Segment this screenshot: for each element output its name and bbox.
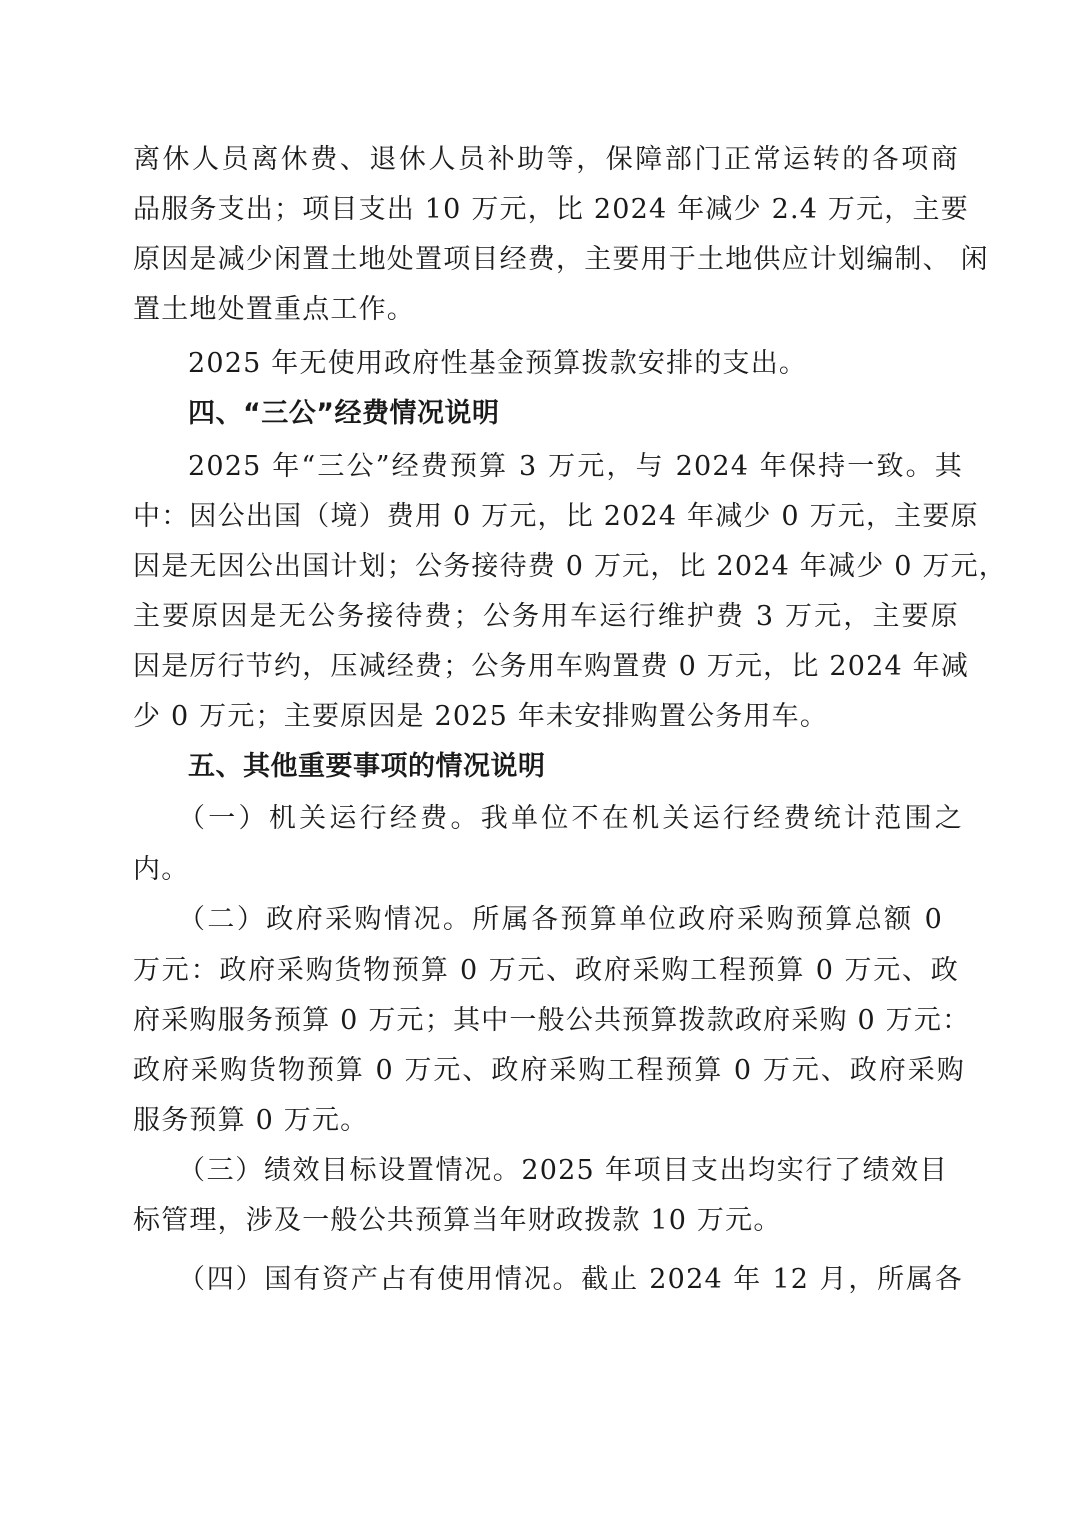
item-one-line: （一）机关运行经费。我单位不在机关运行经费统计范围之 [178,801,963,837]
item-one-line: 内。 [133,852,963,888]
item-three-line: （三）绩效目标设置情况。2025 年项目支出均实行了绩效目 [178,1153,948,1189]
body-text-line: 离休人员离休费、退休人员补助等，保障部门正常运转的各项商 [133,142,959,178]
item-two-line: 服务预算 0 万元。 [133,1103,963,1139]
body-text-line: 主要原因是无公务接待费；公务用车运行维护费 3 万元，主要原 [133,599,959,635]
item-four-line: （四）国有资产占有使用情况。截止 2024 年 12 月，所属各 [178,1262,963,1298]
section-heading-four: 四、“三公”经费情况说明 [188,396,1018,432]
body-text-line: 中：因公出国（境）费用 0 万元，比 2024 年减少 0 万元，主要原 [133,499,959,535]
item-two-line: 万元：政府采购货物预算 0 万元、政府采购工程预算 0 万元、政 [133,953,959,989]
body-text-line: 2025 年“三公”经费预算 3 万元，与 2024 年保持一致。其 [188,449,963,485]
body-text-line: 因是厉行节约，压减经费；公务用车购置费 0 万元，比 2024 年减 [133,649,959,685]
item-three-line: 标管理，涉及一般公共预算当年财政拨款 10 万元。 [133,1203,963,1239]
document-page: 离休人员离休费、退休人员补助等，保障部门正常运转的各项商 品服务支出；项目支出 … [0,0,1075,1520]
body-text-line: 品服务支出；项目支出 10 万元，比 2024 年减少 2.4 万元，主要 [133,192,959,228]
body-text-line: 少 0 万元；主要原因是 2025 年未安排购置公务用车。 [133,699,963,735]
item-two-line: 府采购服务预算 0 万元；其中一般公共预算拨款政府采购 0 万元： [133,1003,959,1039]
section-heading-five: 五、其他重要事项的情况说明 [188,749,1018,785]
body-text-line: 置土地处置重点工作。 [133,292,963,328]
item-two-line: （二）政府采购情况。所属各预算单位政府采购预算总额 0 [178,902,943,938]
item-two-line: 政府采购货物预算 0 万元、政府采购工程预算 0 万元、政府采购 [133,1053,965,1089]
body-text-line: 因是无因公出国计划；公务接待费 0 万元，比 2024 年减少 0 万元， [133,549,959,585]
fund-budget-note: 2025 年无使用政府性基金预算拨款安排的支出。 [188,346,1018,382]
body-text-line: 原因是减少闲置土地处置项目经费，主要用于土地供应计划编制、 闲 [133,242,959,278]
